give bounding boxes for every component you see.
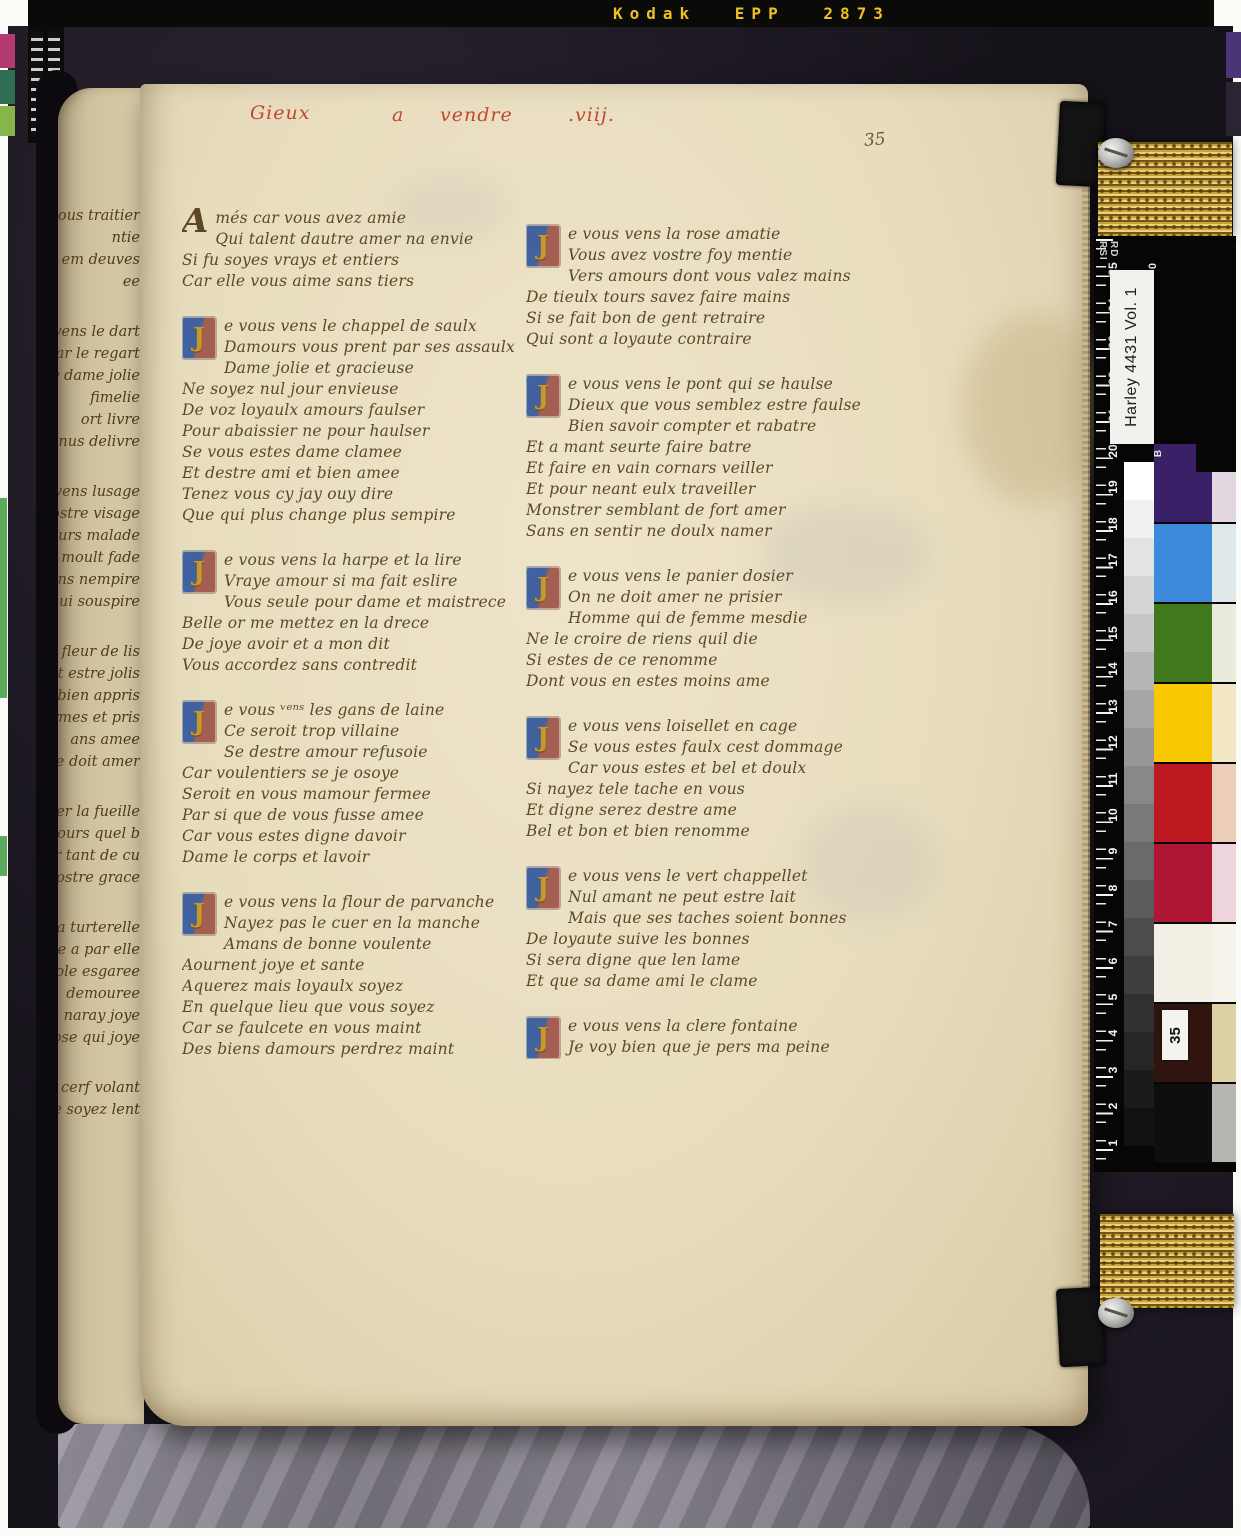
initial-letter: J (537, 873, 549, 903)
initial-letter: J (193, 707, 205, 737)
film-strip-top: Kodak EPP 2873 (28, 0, 1214, 27)
initial-letter: J (537, 231, 549, 261)
verse-line: Se vous estes dame clamee (182, 442, 522, 463)
edge-mark-green-strip-2 (0, 836, 7, 876)
verse-line: Aquerez mais loyaulx soyez (182, 976, 522, 997)
verse-line: e vous vens la harpe et la lire (182, 550, 522, 571)
gray-step (1124, 576, 1154, 614)
fragment-group: s vous vens lusagevostre visagedamours m… (58, 481, 140, 613)
verse-line: Nayez pas le cuer en la manche (182, 913, 522, 934)
ruler-number: 9 (1106, 841, 1120, 861)
illuminated-initial: J (182, 317, 216, 359)
stanza: Je vous vens la flour de parvancheNayez … (182, 892, 522, 1060)
facing-fragment-line: est moult fade (58, 547, 140, 569)
stanza: Amés car vous avez amieQui talent dautre… (182, 208, 522, 292)
stanza: Je vous vens loisellet en cageSe vous es… (526, 716, 906, 842)
facing-fragment-line: ee (58, 271, 140, 293)
facing-fragment-line: et bien appris (58, 685, 140, 707)
initial-letter: J (537, 1023, 549, 1053)
ruler-number: 10 (1106, 805, 1120, 825)
verse-line: e vous vens la flour de parvanche (182, 892, 522, 913)
facing-fragment-line: doit estre jolis (58, 663, 140, 685)
facing-fragment-line: ly dame jolie (58, 365, 140, 387)
verse-line: Damours vous prent par ses assaulx (182, 337, 522, 358)
verse-line: Homme qui de femme mesdie (526, 608, 906, 629)
tint-patch-green (1212, 604, 1236, 684)
verse-line: Nul amant ne peut estre lait (526, 887, 906, 908)
facing-fragment-line: nus delivre (58, 431, 140, 453)
stanza: Je vous vens la harpe et la lireVraye am… (182, 550, 522, 676)
initial-letter: J (193, 899, 205, 929)
verse-line: Vous seule pour dame et maistrece (182, 592, 522, 613)
edge-mark-teal (0, 70, 15, 104)
verse-line: Car se faulcete en vous maint (182, 1018, 522, 1039)
gray-step (1124, 728, 1154, 766)
gray-step (1124, 538, 1154, 576)
verse-line: Dieux que vous semblez estre faulse (526, 395, 906, 416)
verse-line: De tieulx tours savez faire mains (526, 287, 906, 308)
ruler-number: 2 (1106, 1096, 1120, 1116)
facing-fragment-line: demouree (58, 983, 140, 1005)
rubric-word: vendre (440, 104, 513, 126)
verse-line: Si sera digne que len lame (526, 950, 906, 971)
color-patch-blue (1154, 524, 1212, 604)
illuminated-initial: J (526, 567, 560, 609)
verse-line: Si se fait bon de gent retraire (526, 308, 906, 329)
verse-line: Ne soyez nul jour envieuse (182, 379, 522, 400)
tint-patch-blue (1212, 524, 1236, 604)
fragment-group: s vous vens le dartpar le regartly dame … (58, 321, 140, 453)
verse-line: Seroit en vous mamour fermee (182, 784, 522, 805)
metal-stud-top (1098, 138, 1134, 168)
ruler-number: 4 (1106, 1023, 1120, 1043)
verse-line: Que qui plus change plus sempire (182, 505, 522, 526)
ruler-number: 1 (1106, 1133, 1120, 1153)
verse-line: e vous ᵛᵉⁿˢ les gans de laine (182, 700, 522, 721)
binding-clip-bottom (1056, 1287, 1106, 1367)
verse-line: Si estes de ce renomme (526, 650, 906, 671)
verse-line: Pour abaissier ne pour haulser (182, 421, 522, 442)
tint-patch-brown (1212, 1004, 1236, 1084)
facing-fragment-line: du rosier la fueille (58, 801, 140, 823)
verse-line: Et destre ami et bien amee (182, 463, 522, 484)
manuscript-photograph: Kodak EPP 2873 nous traitierntieem deuve… (0, 0, 1241, 1536)
facing-fragment-line: hose qui joye (58, 1027, 140, 1049)
facing-fragment-line: fimelie (58, 387, 140, 409)
folio-sticker-label: 35 (1167, 1027, 1184, 1044)
ruler-number: 11 (1106, 769, 1120, 789)
verse-line: més car vous avez amie (182, 208, 522, 229)
gray-step (1124, 956, 1154, 994)
illuminated-initial: J (526, 717, 560, 759)
shelfmark-label: Harley 4431 Vol. 1 (1123, 287, 1141, 427)
verse-line: e vous vens loisellet en cage (526, 716, 906, 737)
manuscript-page: Gieux a vendre .viij. 35 Amés car vous a… (140, 84, 1088, 1426)
color-patch-white (1154, 924, 1212, 1004)
gray-step (1124, 766, 1154, 804)
verse-line: Vraye amour si ma fait eslire (182, 571, 522, 592)
ruler-number: 20 (1106, 441, 1120, 461)
color-patch-yellow (1154, 684, 1212, 764)
ruler-number: 17 (1106, 550, 1120, 570)
fragment-group: la turterelletoute a par elledole esgare… (58, 917, 140, 1049)
folio-sticker: 35 (1162, 1010, 1188, 1060)
verse-line: Si nayez tele tache en vous (526, 779, 906, 800)
gold-edge-bottom (1100, 1214, 1234, 1308)
verse-line: Amans de bonne voulente (182, 934, 522, 955)
illuminated-initial: J (526, 225, 560, 267)
verse-line: e vous vens le chappel de saulx (182, 316, 522, 337)
illuminated-initial: J (182, 701, 216, 743)
facing-fragment-line: ne naray joye (58, 1005, 140, 1027)
color-patch-green (1154, 604, 1212, 684)
illuminated-initial: J (526, 1017, 560, 1059)
gray-step (1124, 1032, 1154, 1070)
facing-fragment-line: damours malade (58, 525, 140, 547)
verse-line: Qui talent dautre amer na envie (182, 229, 522, 250)
verse-line: Car vous estes digne davoir (182, 826, 522, 847)
tint-patch-red (1212, 764, 1236, 844)
facing-fragment-line: ntie (58, 227, 140, 249)
gray-step (1124, 842, 1154, 880)
facing-fragments: nous traitierntieem deuvesees vous vens … (58, 205, 140, 1149)
fragment-group: fleur de lisdoit estre joliset bien appr… (58, 641, 140, 773)
facing-page-strip: nous traitierntieem deuvesees vous vens … (58, 88, 144, 1424)
verse-line: Belle or me mettez en la drece (182, 613, 522, 634)
gray-step (1124, 1108, 1154, 1146)
verse-line: Je voy bien que je pers ma peine (526, 1037, 906, 1058)
verse-line: e vous vens le pont qui se haulse (526, 374, 906, 395)
verse-line: Se destre amour refusoie (182, 742, 522, 763)
tint-patches (1212, 444, 1236, 1172)
verse-line: En quelque lieu que vous soyez (182, 997, 522, 1018)
facing-fragment-line: usse vostre grace (58, 867, 140, 889)
facing-fragment-line: le cerf volant (58, 1077, 140, 1099)
verse-line: On ne doit amer ne prisier (526, 587, 906, 608)
ruler-number: 18 (1106, 514, 1120, 534)
fragment-group: du rosier la fueilleieu damours quel bot… (58, 801, 140, 889)
illuminated-initial: J (182, 551, 216, 593)
verse-line: Et digne serez destre ame (526, 800, 906, 821)
facing-fragment-line: ort livre (58, 409, 140, 431)
ruler-number: 14 (1106, 659, 1120, 679)
verse-line: Aournent joye et sante (182, 955, 522, 976)
facing-fragment-line: armes et pris (58, 707, 140, 729)
verse-line: Car elle vous aime sans tiers (182, 271, 522, 292)
ruler-number: 7 (1106, 914, 1120, 934)
gray-step (1124, 652, 1154, 690)
gray-step (1124, 462, 1154, 500)
ruler-number: 6 (1106, 951, 1120, 971)
color-patch-red (1154, 764, 1212, 844)
facing-fragment-line: le doit amer (58, 751, 140, 773)
facing-fragment-line: par le regart (58, 343, 140, 365)
verse-line: Dont vous en estes moins ame (526, 671, 906, 692)
shelfmark-sticker: Harley 4431 Vol. 1 (1110, 270, 1154, 444)
verse-line: Vous avez vostre foy mentie (526, 245, 906, 266)
ruler-number: 19 (1106, 477, 1120, 497)
facing-fragment-line: dole esgaree (58, 961, 140, 983)
film-label: Kodak EPP 2873 (613, 4, 890, 23)
verse-line: Monstrer semblant de fort amer (526, 500, 906, 521)
color-calibration-bar: RD RSI 252423222120191817161514131211109… (1094, 236, 1236, 1172)
verse-line: e vous vens la rose amatie (526, 224, 906, 245)
tint-patch-crimson (1212, 844, 1236, 924)
gray-step (1124, 804, 1154, 842)
verse-line: Tenez vous cy jay ouy dire (182, 484, 522, 505)
verse-line: Si fu soyes vrays et entiers (182, 250, 522, 271)
stanza: Je vous vens le vert chappelletNul amant… (526, 866, 906, 992)
fragment-group: le cerf volantne soyez lent (58, 1077, 140, 1121)
verse-line: Par si que de vous fusse amee (182, 805, 522, 826)
stanza: Je vous vens le pont qui se haulseDieux … (526, 374, 906, 542)
ruler-number: 5 (1106, 987, 1120, 1007)
illuminated-initial: J (526, 375, 560, 417)
initial-letter: J (537, 573, 549, 603)
edge-mark-green (0, 106, 15, 136)
ruler-number: 3 (1106, 1060, 1120, 1080)
gray-step (1124, 500, 1154, 538)
verse-line: e vous vens le vert chappellet (526, 866, 906, 887)
verse-line: Qui sont a loyaute contraire (526, 329, 906, 350)
verse-line: e vous vens la clere fontaine (526, 1016, 906, 1037)
initial-letter: J (537, 381, 549, 411)
verse-line: Et faire en vain cornars veiller (526, 458, 906, 479)
facing-fragment-line: s vous vens le dart (58, 321, 140, 343)
edge-mark-purple (1226, 32, 1241, 78)
facing-fragment-line: ne soyez lent (58, 1099, 140, 1121)
edge-mark-magenta (0, 34, 15, 68)
text-column-left: Amés car vous avez amieQui talent dautre… (182, 208, 522, 1084)
verse-line: Vous accordez sans contredit (182, 655, 522, 676)
verse-line: Ne le croire de riens quil die (526, 629, 906, 650)
stanza: Je vous ᵛᵉⁿˢ les gans de laineCe seroit … (182, 700, 522, 868)
facing-fragment-line: mal qui souspire (58, 591, 140, 613)
facing-fragment-line: toute a par elle (58, 939, 140, 961)
facing-fragment-line: ottroyer tant de cu (58, 845, 140, 867)
verse-line: Et que sa dame ami le clame (526, 971, 906, 992)
color-patch-black (1154, 1084, 1212, 1164)
verse-line: De joye avoir et a mon dit (182, 634, 522, 655)
tint-patch-yellow (1212, 684, 1236, 764)
grayscale-wedge (1124, 462, 1154, 1172)
illuminated-initial: J (182, 893, 216, 935)
tint-patch-white (1212, 924, 1236, 1004)
gray-step (1124, 690, 1154, 728)
cloth-fold (58, 1424, 1090, 1528)
edge-mark-dark (1226, 82, 1241, 136)
gray-step (1124, 614, 1154, 652)
page-fore-edge (1082, 114, 1090, 1354)
gray-step (1124, 1070, 1154, 1108)
zero-mark: 0 (1147, 263, 1159, 269)
initial-letter: J (193, 557, 205, 587)
rubric-word: a (392, 104, 404, 126)
gray-step (1124, 880, 1154, 918)
gray-step (1124, 918, 1154, 956)
stanza: Je vous vens le chappel de saulxDamours … (182, 316, 522, 526)
metal-stud-bottom (1098, 1298, 1134, 1328)
patch-overlap-shadow (1196, 444, 1236, 472)
verse-line: Dame le corps et lavoir (182, 847, 522, 868)
stanza: Je vous vens la rose amatieVous avez vos… (526, 224, 906, 350)
verse-line: e vous vens le panier dosier (526, 566, 906, 587)
verse-line: Ce seroit trop villaine (182, 721, 522, 742)
tint-patch-black (1212, 1084, 1236, 1164)
stanza: Je vous vens la clere fontaineJe voy bie… (526, 1016, 906, 1059)
illuminated-initial: J (526, 867, 560, 909)
patch-letter-b: B (1153, 450, 1164, 457)
plain-initial: A (182, 208, 208, 241)
verse-line: Et a mant seurte faire batre (526, 437, 906, 458)
verse-line: Et pour neant eulx traveiller (526, 479, 906, 500)
folio-number: 35 (863, 129, 886, 151)
verse-line: Car voulentiers se je osoye (182, 763, 522, 784)
ruler-number: 13 (1106, 696, 1120, 716)
facing-fragment-line: fleur de lis (58, 641, 140, 663)
facing-fragment-line: ieu damours quel b (58, 823, 140, 845)
fragment-group: nous traitierntieem deuvesee (58, 205, 140, 293)
initial-letter: J (193, 323, 205, 353)
color-patch-crimson (1154, 844, 1212, 924)
ruler-number: 16 (1106, 587, 1120, 607)
verse-line: Des biens damours perdrez maint (182, 1039, 522, 1060)
verse-line: Vers amours dont vous valez mains (526, 266, 906, 287)
verse-line: De loyaute suive les bonnes (526, 929, 906, 950)
text-column-right: Je vous vens la rose amatieVous avez vos… (526, 224, 906, 1083)
facing-fragment-line: en riens nempire (58, 569, 140, 591)
facing-fragment-line: ans amee (58, 729, 140, 751)
rubric-word: .viij. (568, 104, 615, 126)
facing-fragment-line: la turterelle (58, 917, 140, 939)
facing-fragment-line: em deuves (58, 249, 140, 271)
gray-step (1124, 994, 1154, 1032)
rubric-word: Gieux (250, 102, 310, 124)
facing-fragment-line: s vous vens lusage (58, 481, 140, 503)
edge-mark-green-strip (0, 498, 7, 698)
color-patches (1154, 444, 1212, 1172)
initial-letter: J (537, 723, 549, 753)
ruler-number: 12 (1106, 732, 1120, 752)
ruler-number: 8 (1106, 878, 1120, 898)
verse-line: Bien savoir compter et rabatre (526, 416, 906, 437)
facing-fragment-line: nous traitier (58, 205, 140, 227)
verse-line: Sans en sentir ne doulx namer (526, 521, 906, 542)
verse-line: Bel et bon et bien renomme (526, 821, 906, 842)
verse-line: Dame jolie et gracieuse (182, 358, 522, 379)
stanza: Je vous vens le panier dosierOn ne doit … (526, 566, 906, 692)
facing-fragment-line: vostre visage (58, 503, 140, 525)
verse-line: Se vous estes faulx cest dommage (526, 737, 906, 758)
verse-line: Car vous estes et bel et doulx (526, 758, 906, 779)
ruler-number: 15 (1106, 623, 1120, 643)
verse-line: De voz loyaulx amours faulser (182, 400, 522, 421)
verse-line: Mais que ses taches soient bonnes (526, 908, 906, 929)
